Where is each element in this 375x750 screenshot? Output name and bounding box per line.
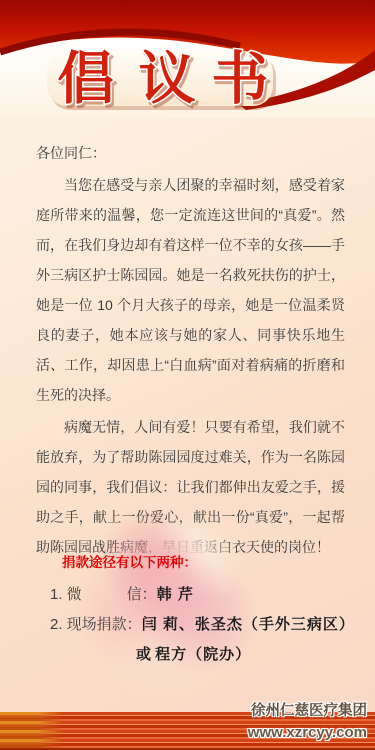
poster-header: 倡 议 书	[0, 0, 375, 118]
donation-item-label: 2. 现场捐款：	[50, 616, 142, 633]
poster-title-char: 倡	[58, 47, 115, 111]
paragraph-1: 当您在感受与亲人团聚的幸福时刻，感受着家庭所带来的温馨，您一定流连这世间的“真爱…	[36, 170, 345, 410]
poster-title-char: 议	[139, 47, 196, 111]
donation-heading: 捐款途径有以下两种：	[62, 548, 375, 578]
header-ribbon-graphic: 倡 议 书	[0, 0, 375, 118]
letter-body: 各位同仁： 当您在感受与亲人团聚的幸福时刻，感受着家庭所带来的温馨，您一定流连这…	[0, 118, 375, 562]
poster-title-char: 书	[212, 47, 269, 111]
donation-item-alt: 或 程方（院办）	[136, 640, 375, 670]
paragraph-2: 病魔无情，人间有爱！只要有希望，我们就不能放弃，为了帮助陈园园度过难关，作为一名…	[36, 412, 345, 562]
donation-item-value: 程方（院办）	[155, 646, 251, 663]
site-watermark: 徐州仁慈医疗集团 www.xzrcyy.com	[248, 701, 367, 743]
site-url: www.xzrcyy.com	[248, 722, 367, 743]
donation-item-label: 或	[136, 646, 155, 663]
donation-section: 捐款途径有以下两种： 1. 微 信：韩 芹 2. 现场捐款：闫 莉、张圣杰（手外…	[0, 542, 375, 670]
org-name: 徐州仁慈医疗集团	[248, 701, 367, 722]
donation-item-onsite: 2. 现场捐款：闫 莉、张圣杰（手外三病区）	[50, 610, 375, 640]
donation-item-value: 韩 芹	[157, 586, 194, 603]
donation-item-wechat: 1. 微 信：韩 芹	[50, 580, 375, 610]
donation-item-label: 1. 微 信：	[50, 586, 157, 603]
salutation: 各位同仁：	[36, 138, 345, 168]
donation-item-value: 闫 莉、张圣杰（手外三病区）	[142, 616, 355, 633]
proposal-poster: 倡 议 书 各位同仁： 当您在感受与亲人团聚的幸福时刻，感受着家庭所带来的温馨，…	[0, 0, 375, 750]
